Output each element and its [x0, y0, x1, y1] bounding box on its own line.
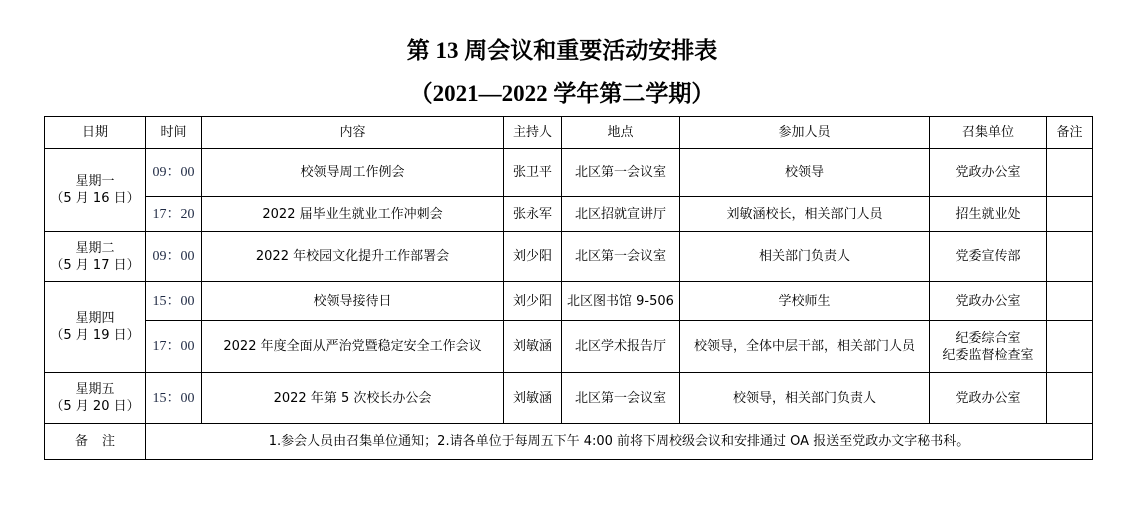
time-cell: 15：00	[146, 282, 202, 321]
page-subtitle: （2021—2022 学年第二学期）	[0, 79, 1124, 109]
host-cell: 刘少阳	[504, 282, 562, 321]
time-cell: 15：00	[146, 373, 202, 424]
location-cell: 北区第一会议室	[562, 232, 680, 282]
host-cell: 刘敏涵	[504, 373, 562, 424]
time-cell: 17：00	[146, 321, 202, 373]
date-cell: 星期五 （5 月 20 日）	[45, 373, 146, 424]
notes-row: 备注 1.参会人员由召集单位通知；2.请各单位于每周五下午 4:00 前将下周校…	[45, 424, 1093, 460]
host-cell: 刘敏涵	[504, 321, 562, 373]
organizer-cell: 党政办公室	[930, 282, 1047, 321]
date-cell: 星期二 （5 月 17 日）	[45, 232, 146, 282]
organizer-cell: 党政办公室	[930, 149, 1047, 197]
location-cell: 北区第一会议室	[562, 149, 680, 197]
header-row: 日期 时间 内容 主持人 地点 参加人员 召集单位 备注	[45, 117, 1093, 149]
location-cell: 北区学术报告厅	[562, 321, 680, 373]
remark-cell	[1047, 373, 1093, 424]
notes-text: 1.参会人员由召集单位通知；2.请各单位于每周五下午 4:00 前将下周校级会议…	[146, 424, 1093, 460]
organizer-cell: 招生就业处	[930, 197, 1047, 232]
weekday: 星期五	[45, 381, 145, 398]
weekday: 星期四	[45, 310, 145, 327]
header-attendees: 参加人员	[680, 117, 930, 149]
organizer-name: 纪委监督检查室	[930, 347, 1046, 364]
attendees-cell: 学校师生	[680, 282, 930, 321]
attendees-cell: 刘敏涵校长，相关部门人员	[680, 197, 930, 232]
content-cell: 2022 年第 5 次校长办公会	[202, 373, 504, 424]
header-organizer: 召集单位	[930, 117, 1047, 149]
weekday: 星期二	[45, 240, 145, 257]
content-cell: 2022 年校园文化提升工作部署会	[202, 232, 504, 282]
organizer-name: 党委宣传部	[930, 248, 1046, 265]
attendees-cell: 校领导，相关部门负责人	[680, 373, 930, 424]
header-remark: 备注	[1047, 117, 1093, 149]
date-cell: 星期四 （5 月 19 日）	[45, 282, 146, 373]
header-date: 日期	[45, 117, 146, 149]
organizer-name: 党政办公室	[930, 164, 1046, 181]
table-row: 17：00 2022 年度全面从严治党暨稳定安全工作会议 刘敏涵 北区学术报告厅…	[45, 321, 1093, 373]
content-cell: 校领导接待日	[202, 282, 504, 321]
table-row: 星期四 （5 月 19 日） 15：00 校领导接待日 刘少阳 北区图书馆 9-…	[45, 282, 1093, 321]
header-host: 主持人	[504, 117, 562, 149]
header-time: 时间	[146, 117, 202, 149]
date-cell: 星期一 （5 月 16 日）	[45, 149, 146, 232]
location-cell: 北区图书馆 9-506	[562, 282, 680, 321]
location-cell: 北区第一会议室	[562, 373, 680, 424]
content-cell: 校领导周工作例会	[202, 149, 504, 197]
organizer-name: 党政办公室	[930, 390, 1046, 407]
weekday: 星期一	[45, 173, 145, 190]
attendees-cell: 相关部门负责人	[680, 232, 930, 282]
time-cell: 09：00	[146, 149, 202, 197]
table-row: 17：20 2022 届毕业生就业工作冲刺会 张永军 北区招就宣讲厅 刘敏涵校长…	[45, 197, 1093, 232]
organizer-name: 招生就业处	[930, 206, 1046, 223]
date: （5 月 17 日）	[45, 257, 145, 274]
page-title: 第 13 周会议和重要活动安排表	[0, 36, 1124, 66]
notes-label: 备注	[45, 424, 146, 460]
attendees-cell: 校领导，全体中层干部，相关部门人员	[680, 321, 930, 373]
host-cell: 张永军	[504, 197, 562, 232]
remark-cell	[1047, 197, 1093, 232]
header-location: 地点	[562, 117, 680, 149]
table-row: 星期一 （5 月 16 日） 09：00 校领导周工作例会 张卫平 北区第一会议…	[45, 149, 1093, 197]
table-row: 星期二 （5 月 17 日） 09：00 2022 年校园文化提升工作部署会 刘…	[45, 232, 1093, 282]
header-content: 内容	[202, 117, 504, 149]
organizer-name: 纪委综合室	[930, 330, 1046, 347]
remark-cell	[1047, 232, 1093, 282]
organizer-name: 党政办公室	[930, 293, 1046, 310]
attendees-cell: 校领导	[680, 149, 930, 197]
organizer-cell: 党委宣传部	[930, 232, 1047, 282]
date: （5 月 20 日）	[45, 398, 145, 415]
remark-cell	[1047, 321, 1093, 373]
schedule-table: 日期 时间 内容 主持人 地点 参加人员 召集单位 备注 星期一 （5 月 16…	[44, 116, 1093, 460]
date: （5 月 19 日）	[45, 327, 145, 344]
time-cell: 17：20	[146, 197, 202, 232]
organizer-cell: 党政办公室	[930, 373, 1047, 424]
remark-cell	[1047, 149, 1093, 197]
time-cell: 09：00	[146, 232, 202, 282]
organizer-cell: 纪委综合室 纪委监督检查室	[930, 321, 1047, 373]
table-row: 星期五 （5 月 20 日） 15：00 2022 年第 5 次校长办公会 刘敏…	[45, 373, 1093, 424]
host-cell: 张卫平	[504, 149, 562, 197]
remark-cell	[1047, 282, 1093, 321]
date: （5 月 16 日）	[45, 190, 145, 207]
content-cell: 2022 届毕业生就业工作冲刺会	[202, 197, 504, 232]
content-cell: 2022 年度全面从严治党暨稳定安全工作会议	[202, 321, 504, 373]
host-cell: 刘少阳	[504, 232, 562, 282]
location-cell: 北区招就宣讲厅	[562, 197, 680, 232]
